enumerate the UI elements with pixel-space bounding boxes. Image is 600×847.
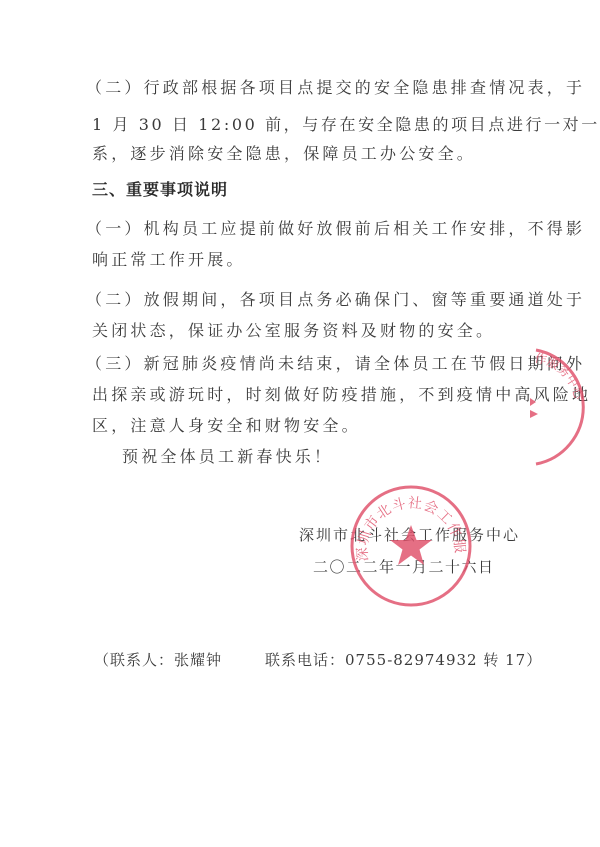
seal-text: 深圳市北斗社会工作服务中心 [348, 483, 467, 562]
paragraph-line: 区，注意人身安全和财物安全。 [92, 416, 361, 436]
greeting: 预祝全体员工新春快乐！ [122, 447, 333, 467]
signature-date: 二〇二二年一月二十六日 [313, 557, 495, 577]
paragraph-line: 响正常工作开展。 [92, 250, 246, 270]
paragraph-line: （二）行政部根据各项目点提交的安全隐患排查情况表，于 [86, 78, 585, 98]
paragraph-line: （二）放假期间，各项目点务必确保门、窗等重要通道处于 [86, 290, 585, 310]
contact-person-name: 张耀钟 [174, 651, 222, 669]
document-page: （二）行政部根据各项目点提交的安全隐患排查情况表，于 1 月 30 日 12:0… [0, 0, 600, 847]
paragraph-line: 出探亲或游玩时，时刻做好防疫措施，不到疫情中高风险地 [92, 385, 591, 405]
contact-phone: 联系电话：0755-82974932 转 17） [265, 650, 542, 670]
contact-person: （联系人：张耀钟 [94, 650, 222, 670]
paragraph-line: 系，逐步消除安全隐患，保障员工办公安全。 [92, 144, 476, 164]
signature-organization: 深圳市北斗社会工作服务中心 [299, 525, 520, 545]
contact-person-label: （联系人： [94, 651, 174, 669]
contact-phone-number: 0755-82974932 转 17 [345, 651, 526, 669]
section-heading: 三、重要事项说明 [92, 180, 228, 200]
contact-phone-label: 联系电话： [265, 651, 345, 669]
closing-paren: ） [526, 651, 542, 669]
official-seal: 深圳市北斗社会工作服务中心 [348, 483, 474, 609]
paragraph-line: 1 月 30 日 12:00 前，与存在安全隐患的项目点进行一对一联 [92, 115, 600, 135]
seal-icon: 深圳市北斗社会工作服务中心 [348, 483, 474, 609]
paragraph-line: 关闭状态，保证办公室服务资料及财物的安全。 [92, 321, 495, 341]
paragraph-line: （一）机构员工应提前做好放假前后相关工作安排，不得影 [86, 219, 585, 239]
svg-text:深圳市北斗社会工作服务中心: 深圳市北斗社会工作服务中心 [348, 483, 467, 562]
paragraph-line: （三）新冠肺炎疫情尚未结束，请全体员工在节假日期间外 [86, 354, 585, 374]
